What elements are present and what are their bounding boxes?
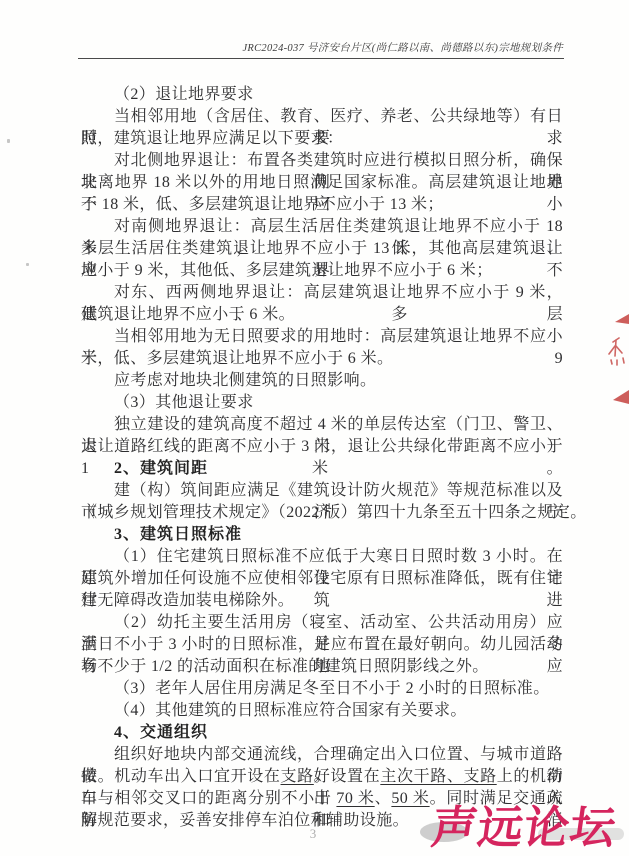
text-segment: 米，低、多层建筑退让地界不应小于 6 米。 [81,350,393,367]
text-line: 应考虑对地块北侧建筑的日照影响。 [81,370,563,392]
forum-watermark: 声远论坛 [418,800,629,856]
document-page: JRC2024-037 号济安台片区(尚仁路以南、尚德路以东)宗地规划条件 （2… [0,0,629,856]
text-segment: 市城乡规划管理技术规定》（2022 版）第四十九条至五十四条之规定。 [81,504,587,521]
text-line: （1）住宅建筑日照标准不应低于大寒日日照时数 3 小时。在原设计 [81,546,563,568]
text-segment: （2）退让地界要求 [114,86,254,103]
text-segment: 、 [375,790,392,807]
text-line: 接。机动车出入口宜开设在支路。设置在主次干路、支路上的机动车出入 [81,766,563,788]
text-segment: （3）其他退让要求 [114,394,254,411]
text-segment: 3、建筑日照标准 [114,526,242,543]
text-segment: （3）老年人居住用房满足冬至日不小于 2 小时的日照标准。 [114,680,550,697]
scan-speck [26,263,29,266]
text-line: 多层生活居住类建筑退让地界不应小于 13 米，其他高层建筑退让地界不 [81,238,563,260]
text-segment: 4、交通组织 [114,724,208,741]
text-line: （2）幼托主要生活用房（寝室、活动室、公共活动用房）应满足冬 [81,612,563,634]
text-segment: 应小于 9 米，其他低、多层建筑退让地界不应小于 6 米； [81,262,493,279]
text-line: （4）其他建筑的日照标准应符合国家有关要求。 [81,700,563,722]
text-line: 块离地界 18 米以外的用地日照满足国家标准。高层建筑退让地界不应小 [81,172,563,194]
underlined-text: 支路 [281,768,314,785]
text-line: 对南侧地界退让：高层生活居住类建筑退让地界不应小于 18 米，低、 [81,216,563,238]
text-segment: 2、建筑间距 [114,460,208,477]
text-segment: 行无障碍改造加装电梯除外。 [81,592,294,609]
text-line: 退让道路红线的距离不应小于 3 米，退让公共绿化带距离不应小于 1 米。 [81,436,563,458]
underlined-text: 70 米 [336,790,374,807]
text-segment: （4）其他建筑的日照标准应符合国家有关要求。 [114,702,467,719]
text-line: 4、交通组织 [81,722,563,744]
red-seal-fragment-icon [599,312,629,408]
text-line: 建筑外增加任何设施不应使相邻住宅原有日照标准降低，既有住宅建筑进 [81,568,563,590]
header-rule [78,58,564,59]
text-segment: 接。机动车出入口宜开设在 [81,768,281,785]
text-segment: 于 18 米，低、多层建筑退让地界不应小于 13 米； [81,196,444,213]
text-line: （3）其他退让要求 [81,392,563,414]
text-line: 当相邻用地（含居住、教育、医疗、养老、公共绿地等）有日照要求 [81,106,563,128]
underlined-text: 主次干路、支路 [380,768,496,785]
text-segment: 有不少于 1/2 的活动面积在标准的建筑日照阴影线之外。 [81,658,489,675]
text-line: 应小于 9 米，其他低、多层建筑退让地界不应小于 6 米； [81,260,563,282]
text-segment: 。设置在 [314,768,381,785]
text-line: （2）退让地界要求 [81,84,563,106]
document-header-reference: JRC2024-037 号济安台片区(尚仁路以南、尚德路以东)宗地规划条件 [60,40,563,55]
text-line: 至日不小于 3 小时的日照标准，并应布置在最好朝向。幼儿园活动场地应 [81,634,563,656]
text-line: （3）老年人居住用房满足冬至日不小于 2 小时的日照标准。 [81,678,563,700]
forum-logo-text: 声远论坛 [428,800,629,856]
text-line: 3、建筑日照标准 [81,524,563,546]
text-line: 对东、西两侧地界退让：高层建筑退让地界不应小于 9 米，低、多层 [81,282,563,304]
text-segment: 应考虑对地块北侧建筑的日照影响。 [114,372,376,389]
text-segment: 建筑退让地界不应小于 6 米。 [81,306,295,323]
text-line: 当相邻用地为无日照要求的用地时：高层建筑退让地界不应小于 9 [81,326,563,348]
text-segment: 口与相邻交叉口的距离分别不小于 [81,790,336,807]
text-line: 市城乡规划管理技术规定》（2022 版）第四十九条至五十四条之规定。 [81,502,563,524]
text-segment: 时，建筑退让地界应满足以下要求： [81,130,343,147]
document-body: （2）退让地界要求当相邻用地（含居住、教育、医疗、养老、公共绿地等）有日照要求时… [81,84,563,832]
text-line: 建（构）筑间距应满足《建筑设计防火规范》等规范标准以及《济宁 [81,480,563,502]
text-line: 对北侧地界退让：布置各类建筑时应进行模拟日照分析，确保北侧地 [81,150,563,172]
scan-speck [7,139,10,143]
text-line: 组织好地块内部交通流线，合理确定出入口位置、与城市道路做好衔 [81,744,563,766]
page-number: 3 [303,826,323,842]
text-line: 独立建设的建筑高度不超过 4 米的单层传达室（门卫、警卫、大门） [81,414,563,436]
text-segment: 防规范要求，妥善安排停车泊位和辅助设施。 [81,812,409,829]
